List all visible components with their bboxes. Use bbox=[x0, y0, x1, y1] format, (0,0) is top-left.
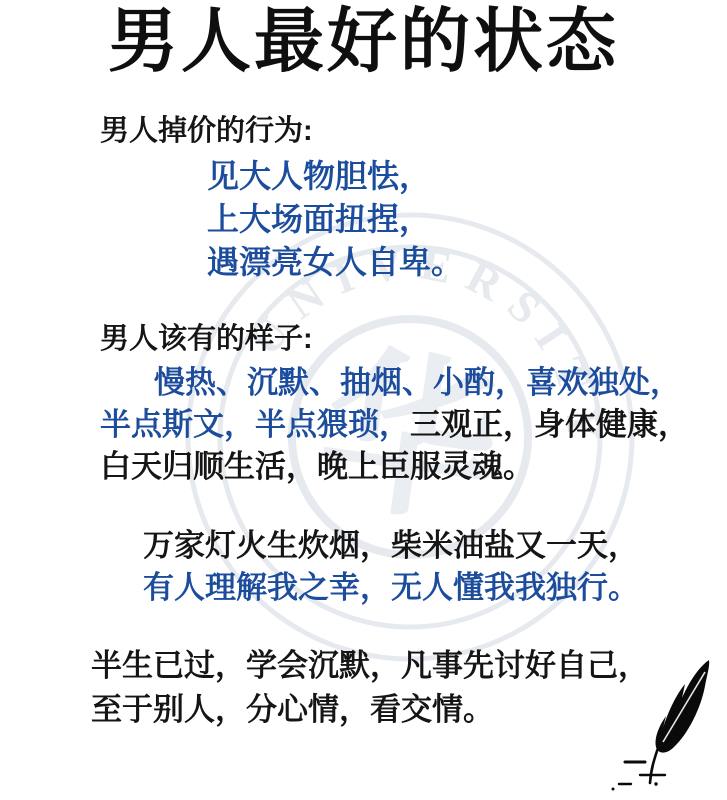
section1-header: 男人掉价的行为: bbox=[100, 114, 313, 149]
section1-line3: 遇漂亮女人自卑。 bbox=[207, 243, 463, 281]
page-title: 男人最好的状态 bbox=[0, 4, 727, 82]
section2-header: 男人该有的样子: bbox=[100, 322, 313, 357]
section4-line2: 至于别人，分心情，看交情。 bbox=[91, 691, 494, 728]
section4-line1: 半生已过，学会沉默，凡事先讨好自己， bbox=[91, 647, 649, 684]
section2-line2-black-part: 三观正，身体健康， bbox=[410, 407, 689, 442]
quill-pen-icon bbox=[606, 638, 727, 800]
section1-line1: 见大人物胆怯， bbox=[207, 157, 431, 195]
section2-line3: 白天归顺生活，晚上臣服灵魂。 bbox=[100, 448, 534, 485]
section2-line1: 慢热、沉默、抽烟、小酌，喜欢独处， bbox=[154, 364, 681, 401]
section1-line2: 上大场面扭捏， bbox=[207, 200, 431, 238]
section2-line2-blue-part: 半点斯文，半点猥琐， bbox=[100, 407, 410, 442]
section3-line2: 有人理解我之幸，无人懂我我独行。 bbox=[143, 569, 639, 606]
section2-line2: 半点斯文，半点猥琐，三观正，身体健康， bbox=[100, 406, 689, 443]
quote-card: UNIVERSITY 华 男人最好的状态 男人掉价的行为: 见大人物胆怯， 上大… bbox=[0, 0, 727, 800]
section3-line1: 万家灯火生炊烟，柴米油盐又一天， bbox=[143, 527, 639, 564]
